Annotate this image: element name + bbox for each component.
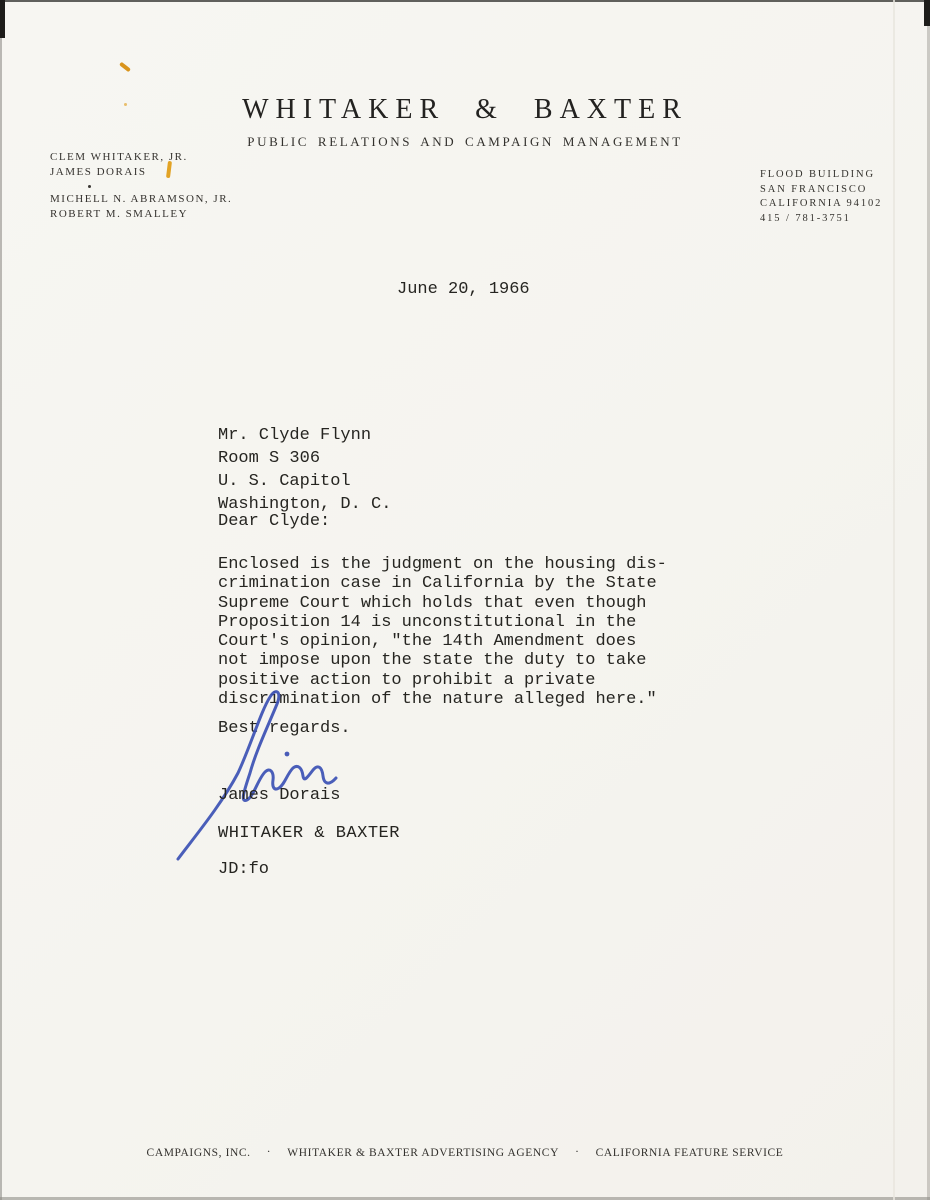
office-address-line: CALIFORNIA 94102: [760, 197, 882, 212]
recipient-line: Mr. Clyde Flynn: [218, 424, 391, 447]
office-address: FLOOD BUILDING SAN FRANCISCO CALIFORNIA …: [760, 168, 882, 226]
paper-crease: [893, 0, 895, 1200]
body-line: crimination case in California by the St…: [218, 574, 667, 593]
scan-edge-left: [0, 0, 2, 1200]
footer-separator-dot: ·: [575, 1144, 580, 1159]
scan-corner-mark-top-left: [0, 0, 5, 38]
body-line: Court's opinion, "the 14th Amendment doe…: [218, 632, 667, 651]
partner-names: CLEM WHITAKER, JR. JAMES DORAIS: [50, 150, 188, 180]
footer-item: WHITAKER & BAXTER ADVERTISING AGENCY: [287, 1147, 559, 1159]
body-line: Proposition 14 is unconstitutional in th…: [218, 613, 667, 632]
office-address-line: FLOOD BUILDING: [760, 168, 882, 183]
partner-name: JAMES DORAIS: [50, 165, 188, 180]
letter-date: June 20, 1966: [397, 280, 530, 299]
recipient-address: Mr. Clyde Flynn Room S 306 U. S. Capitol…: [218, 424, 391, 516]
names-separator-dot: [88, 185, 91, 188]
scan-corner-mark-top-right: [924, 0, 930, 26]
body-line: not impose upon the state the duty to ta…: [218, 651, 667, 670]
office-address-line: SAN FRANCISCO: [760, 183, 882, 198]
scan-edge-top: [0, 0, 930, 2]
orange-ink-stain: [119, 62, 131, 73]
signer-company: WHITAKER & BAXTER: [218, 824, 400, 843]
signer-name: James Dorais: [218, 786, 340, 805]
company-tagline: PUBLIC RELATIONS AND CAMPAIGN MANAGEMENT: [0, 134, 930, 150]
footer-divisions: CAMPAIGNS, INC.·WHITAKER & BAXTER ADVERT…: [0, 1144, 930, 1159]
footer-item: CAMPAIGNS, INC.: [147, 1147, 251, 1159]
salutation: Dear Clyde:: [218, 512, 330, 531]
company-name: WHITAKER & BAXTER: [0, 94, 930, 126]
body-line: Enclosed is the judgment on the housing …: [218, 555, 667, 574]
footer-separator-dot: ·: [267, 1144, 272, 1159]
partner-name: CLEM WHITAKER, JR.: [50, 150, 188, 165]
reference-initials: JD:fo: [218, 860, 269, 879]
associate-names: MICHELL N. ABRAMSON, JR. ROBERT M. SMALL…: [50, 192, 232, 222]
footer-item: CALIFORNIA FEATURE SERVICE: [596, 1147, 784, 1159]
recipient-line: U. S. Capitol: [218, 470, 391, 493]
body-line: Supreme Court which holds that even thou…: [218, 594, 667, 613]
office-phone: 415 / 781-3751: [760, 212, 882, 227]
associate-name: ROBERT M. SMALLEY: [50, 207, 232, 222]
letter-page: WHITAKER & BAXTER PUBLIC RELATIONS AND C…: [0, 0, 930, 1200]
associate-name: MICHELL N. ABRAMSON, JR.: [50, 192, 232, 207]
recipient-line: Room S 306: [218, 447, 391, 470]
